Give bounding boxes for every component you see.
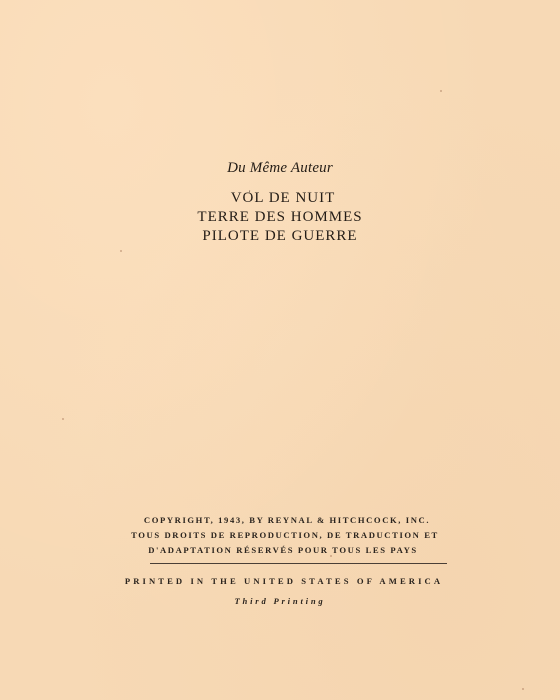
rights-line: D'ADAPTATION RÉSERVÉS POUR TOUS LES PAYS [0, 543, 560, 558]
copyright-line: COPYRIGHT, 1943, BY REYNAL & HITCHCOCK, … [0, 513, 560, 528]
printed-in-notice: PRINTED IN THE UNITED STATES OF AMERICA [0, 576, 560, 586]
other-works-list: VOL DE NUIT TERRE DES HOMMES PILOTE DE G… [0, 189, 560, 246]
paper-speck [522, 688, 524, 690]
paper-speck [330, 555, 332, 557]
copyright-notice: COPYRIGHT, 1943, BY REYNAL & HITCHCOCK, … [0, 513, 560, 558]
paper-speck [440, 90, 442, 92]
paper-speck [62, 418, 64, 420]
other-works-heading: Du Même Auteur [0, 160, 560, 177]
rights-line: TOUS DROITS DE REPRODUCTION, DE TRADUCTI… [0, 528, 560, 543]
copyright-page: Du Même Auteur ' VOL DE NUIT TERRE DES H… [0, 0, 560, 700]
work-title: PILOTE DE GUERRE [0, 227, 560, 246]
work-title: TERRE DES HOMMES [0, 208, 560, 227]
horizontal-rule [150, 563, 447, 564]
paper-speck [120, 250, 122, 252]
printing-edition: Third Printing [0, 596, 560, 606]
work-title: VOL DE NUIT [0, 189, 560, 208]
